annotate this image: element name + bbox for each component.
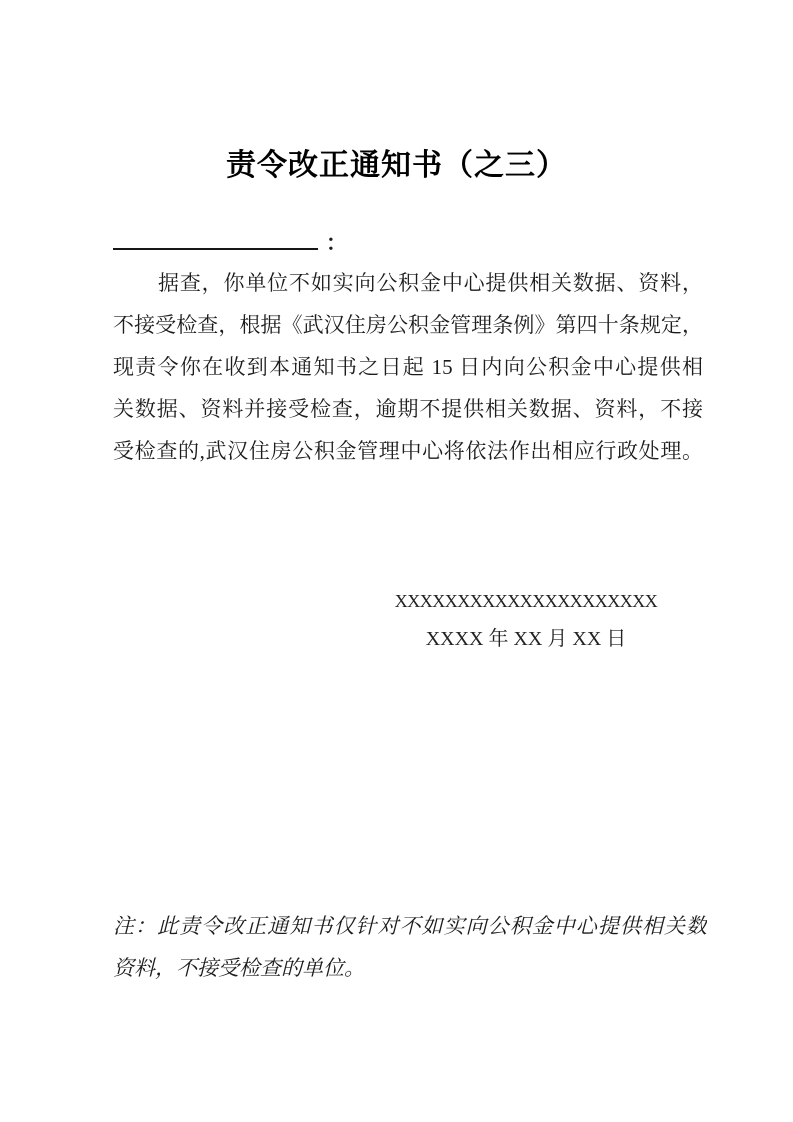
signature-org-placeholder: XXXXXXXXXXXXXXXXXXXXX (340, 588, 712, 614)
body-line-4: 关数据、资料并接受检查，逾期不提供相关数据、资料，不接 (113, 388, 703, 430)
body-line-1: 据查，你单位不如实向公积金中心提供相关数据、资料， (113, 262, 703, 304)
addressee-line: ： (113, 226, 347, 256)
document-page: 责令改正通知书（之三） ： 据查，你单位不如实向公积金中心提供相关数据、资料， … (0, 0, 793, 1122)
footnote: 注：此责令改正通知书仅针对不如实向公积金中心提供相关数据、 资料，不接受检查的单… (113, 905, 707, 989)
document-title: 责令改正通知书（之三） (0, 140, 793, 184)
body-line-5: 受检查的,武汉住房公积金管理中心将依法作出相应行政处理。 (113, 430, 703, 472)
addressee-colon: ： (326, 228, 347, 258)
signature-block: XXXXXXXXXXXXXXXXXXXXX XXXX 年 XX 月 XX 日 (340, 588, 712, 652)
footnote-line-1: 注：此责令改正通知书仅针对不如实向公积金中心提供相关数据、 (113, 905, 707, 947)
footnote-line-2: 资料，不接受检查的单位。 (113, 947, 707, 989)
addressee-blank-underline (113, 226, 318, 250)
signature-date-placeholder: XXXX 年 XX 月 XX 日 (340, 626, 712, 652)
body-paragraph: 据查，你单位不如实向公积金中心提供相关数据、资料， 不接受检查，根据《武汉住房公… (113, 262, 703, 472)
body-line-3: 现责令你在收到本通知书之日起 15 日内向公积金中心提供相 (113, 346, 703, 388)
body-line-2: 不接受检查，根据《武汉住房公积金管理条例》第四十条规定， (113, 304, 703, 346)
